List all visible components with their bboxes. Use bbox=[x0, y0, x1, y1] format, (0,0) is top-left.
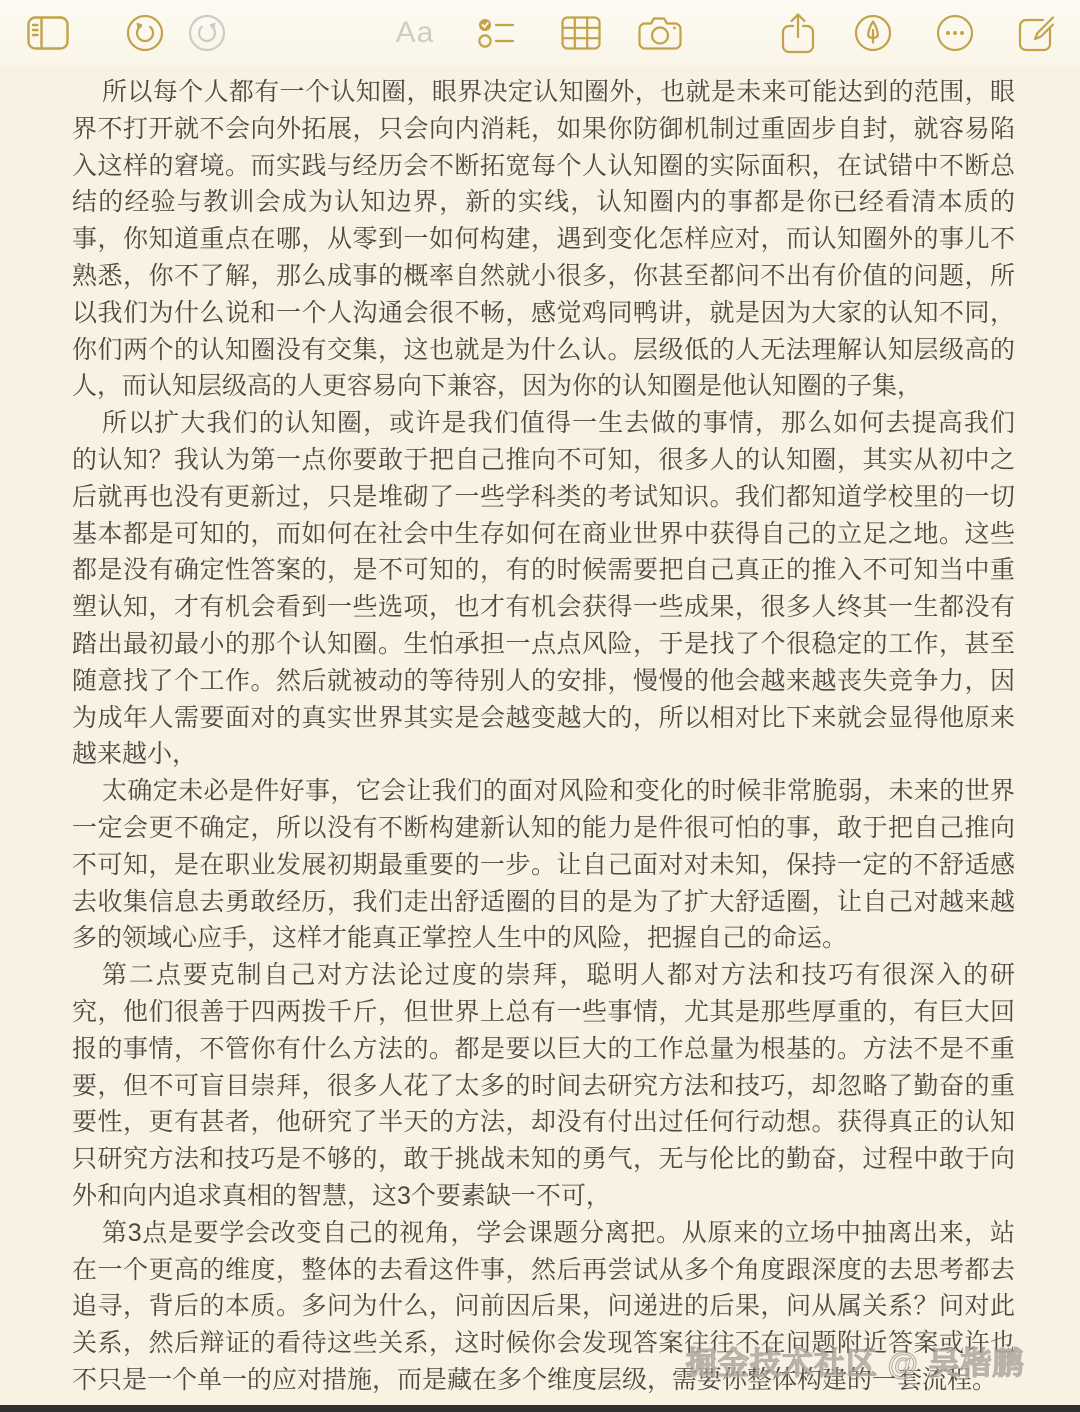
text-line: 随意找了个工作。然后就被动的等待别人的安排，慢慢的他会越来越丧失竞争力，因 bbox=[72, 663, 1015, 700]
text-line: 太确定未必是件好事，它会让我们的面对风险和变化的时候非常脆弱，未来的世界 bbox=[72, 773, 1015, 810]
text-line: 事，你知道重点在哪，从零到一如何构建，遇到变化怎样应对，而认知圈外的事儿不 bbox=[72, 221, 1015, 258]
text-line: 关系，然后辩证的看待这些关系，这时候你会发现答案往往不在问题附近答案或许也 bbox=[72, 1325, 1015, 1362]
text-line: 界不打开就不会向外拓展，只会向内消耗，如果你防御机制过重固步自封，就容易陷 bbox=[72, 111, 1015, 148]
sidebar-icon bbox=[27, 16, 69, 50]
share-button[interactable] bbox=[776, 11, 820, 55]
text-line: 越来越小， bbox=[72, 736, 1015, 773]
more-icon bbox=[935, 13, 975, 53]
markup-icon bbox=[853, 13, 893, 53]
markup-button[interactable] bbox=[851, 11, 895, 55]
text-line: 结的经验与教训会成为认知边界，新的实线，认知圈内的事都是你已经看清本质的 bbox=[72, 184, 1015, 221]
table-button[interactable] bbox=[559, 11, 603, 55]
text-line: 都是没有确定性答案的，是不可知的，有的时候需要把自己真正的推入不可知当中重 bbox=[72, 552, 1015, 589]
text-line: 在一个更高的维度，整体的去看这件事，然后再尝试从多个角度跟深度的去思考都去 bbox=[72, 1252, 1015, 1289]
text-format-icon: Aa bbox=[396, 18, 435, 48]
text-line: 以我们为什么说和一个人沟通会很不畅，感觉鸡同鸭讲，就是因为大家的认知不同， bbox=[72, 295, 1015, 332]
bottom-edge-bar bbox=[0, 1405, 1080, 1412]
checklist-icon bbox=[478, 17, 516, 49]
text-line: 你们两个的认知圈没有交集，这也就是为什么认。层级低的人无法理解认知层级高的 bbox=[72, 332, 1015, 369]
sidebar-toggle-button[interactable] bbox=[26, 11, 70, 55]
more-button[interactable] bbox=[933, 11, 977, 55]
undo-button[interactable] bbox=[123, 11, 167, 55]
text-line: 后就再也没有更新过，只是堆砌了一些学科类的考试知识。我们都知道学校里的一切 bbox=[72, 479, 1015, 516]
text-line: 第二点要克制自己对方法论过度的崇拜，聪明人都对方法和技巧有很深入的研 bbox=[72, 957, 1015, 994]
text-line: 第3点是要学会改变自己的视角，学会课题分离把。从原来的立场中抽离出来，站 bbox=[72, 1215, 1015, 1252]
text-line: 外和向内追求真相的智慧，这3个要素缺一不可， bbox=[72, 1178, 1015, 1215]
checklist-button[interactable] bbox=[475, 11, 519, 55]
text-line: 追寻，背后的本质。多问为什么，问前因后果，问递进的后果，问从属关系？问对此 bbox=[72, 1288, 1015, 1325]
text-line: 所以扩大我们的认知圈，或许是我们值得一生去做的事情，那么如何去提高我们 bbox=[72, 405, 1015, 442]
share-icon bbox=[781, 12, 815, 54]
text-line: 去收集信息去勇敢经历，我们走出舒适圈的目的是为了扩大舒适圈，让自己对越来越 bbox=[72, 884, 1015, 921]
text-line: 一定会更不确定，所以没有不断构建新认知的能力是件很可怕的事，敢于把自己推向 bbox=[72, 810, 1015, 847]
text-line: 踏出最初最小的那个认知圈。生怕承担一点点风险，于是找了个很稳定的工作，甚至 bbox=[72, 626, 1015, 663]
text-line: 究，他们很善于四两拨千斤，但世界上总有一些事情，尤其是那些厚重的，有巨大回 bbox=[72, 994, 1015, 1031]
text-format-button[interactable]: Aa bbox=[393, 11, 437, 55]
text-line: 入这样的窘境。而实践与经历会不断拓宽每个人认知圈的实际面积，在试错中不断总 bbox=[72, 148, 1015, 185]
text-line: 要，但不可盲目崇拜，很多人花了太多的时间去研究方法和技巧，却忽略了勤奋的重 bbox=[72, 1068, 1015, 1105]
text-line: 人，而认知层级高的人更容易向下兼容，因为你的认知圈是他认知圈的子集， bbox=[72, 368, 1015, 405]
text-line: 多的领域心应手，这样才能真正掌控人生中的风险，把握自己的命运。 bbox=[72, 920, 1015, 957]
text-line: 不可知，是在职业发展初期最重要的一步。让自己面对对未知，保持一定的不舒适感 bbox=[72, 847, 1015, 884]
undo-icon bbox=[125, 13, 165, 53]
text-line: 为成年人需要面对的真实世界其实是会越变越大的，所以相对比下来就会显得他原来 bbox=[72, 700, 1015, 737]
compose-icon bbox=[1017, 13, 1057, 53]
toolbar: Aa bbox=[0, 0, 1080, 66]
text-line: 要性，更有甚者，他研究了半天的方法，却没有付出过任何行动想。获得真正的认知 bbox=[72, 1104, 1015, 1141]
text-line: 不只是一个单一的应对措施，而是藏在多个维度层级，需要你整体构建的一套流程。 bbox=[72, 1362, 1015, 1399]
text-line: 塑认知，才有机会看到一些选项，也才有机会获得一些成果，很多人终其一生都没有 bbox=[72, 589, 1015, 626]
text-line: 基本都是可知的，而如何在社会中生存如何在商业世界中获得自己的立足之地。这些 bbox=[72, 516, 1015, 553]
text-line: 的认知？我认为第一点你要敢于把自己推向不可知，很多人的认知圈，其实从初中之 bbox=[72, 442, 1015, 479]
note-body[interactable]: 所以每个人都有一个认知圈，眼界决定认知圈外，也就是未来可能达到的范围，眼界不打开… bbox=[0, 66, 1080, 1399]
redo-button[interactable] bbox=[185, 11, 229, 55]
text-line: 只研究方法和技巧是不够的，敢于挑战未知的勇气，无与伦比的勤奋，过程中敢于向 bbox=[72, 1141, 1015, 1178]
camera-icon bbox=[638, 15, 682, 51]
camera-button[interactable] bbox=[638, 11, 682, 55]
compose-button[interactable] bbox=[1015, 11, 1059, 55]
text-line: 报的事情，不管你有什么方法的。都是要以巨大的工作总量为根基的。方法不是不重 bbox=[72, 1031, 1015, 1068]
text-line: 熟悉，你不了解，那么成事的概率自然就小很多，你甚至都问不出有价值的问题，所 bbox=[72, 258, 1015, 295]
table-icon bbox=[561, 16, 601, 50]
text-line: 所以每个人都有一个认知圈，眼界决定认知圈外，也就是未来可能达到的范围，眼 bbox=[72, 74, 1015, 111]
redo-icon bbox=[187, 13, 227, 53]
